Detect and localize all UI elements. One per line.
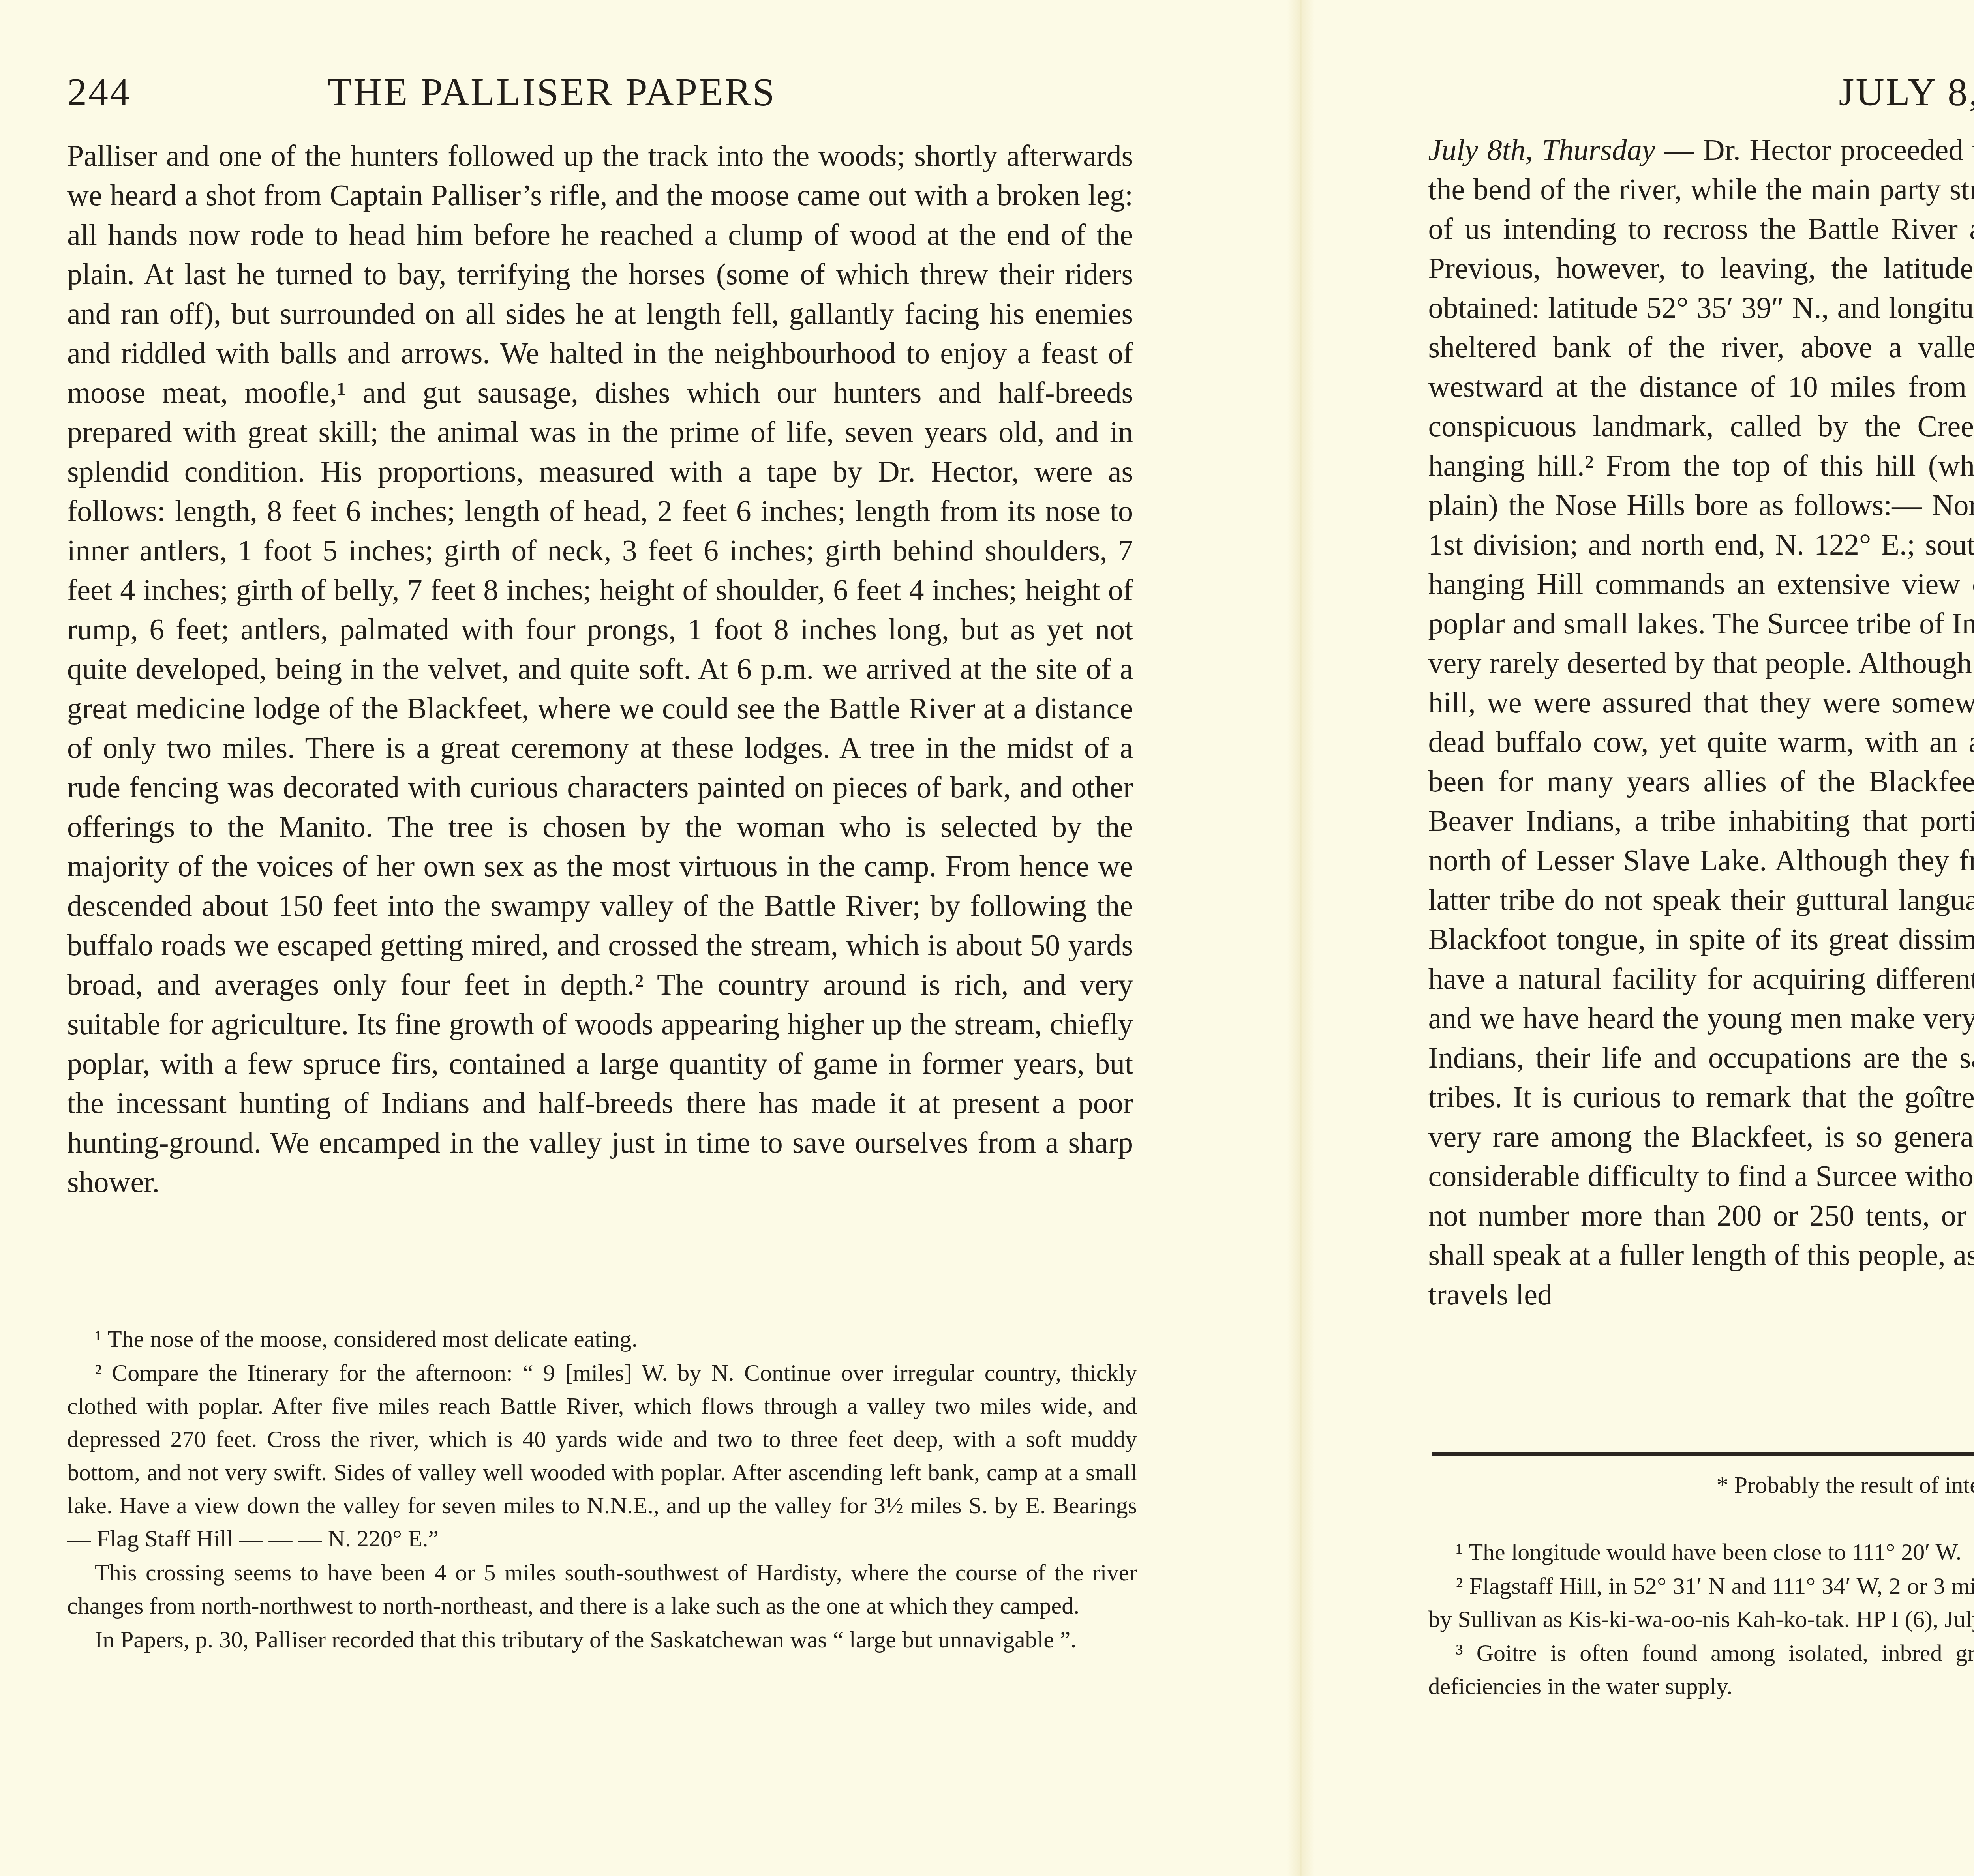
body-paragraph-text: — Dr. Hector proceeded with two men and … (1428, 133, 1974, 1311)
footnote-2: ² Compare the Itinerary for the afternoo… (67, 1356, 1137, 1555)
page-number: 244 (67, 69, 131, 114)
date-lead: July 8th, Thursday (1428, 133, 1655, 167)
footnote-3: ³ Goitre is often found among isolated, … (1428, 1636, 1974, 1703)
right-page: JULY 8, 1858 245 July 8th, Thursday — Dr… (1302, 0, 1974, 1876)
left-page: 244 THE PALLISER PAPERS Palliser and one… (0, 0, 1302, 1876)
footnote-1: ¹ The longitude would have been close to… (1428, 1535, 1974, 1569)
body-text: July 8th, Thursday — Dr. Hector proceede… (1428, 130, 1974, 1314)
footnote-note-papers: In Papers, p. 30, Palliser recorded that… (67, 1623, 1137, 1656)
body-text: Palliser and one of the hunters followed… (67, 136, 1133, 1202)
book-spread: 244 THE PALLISER PAPERS Palliser and one… (0, 0, 1974, 1876)
footnote-2: ² Flagstaff Hill, in 52° 31′ N and 111° … (1428, 1569, 1974, 1636)
running-head: THE PALLISER PAPERS (328, 69, 776, 114)
body-paragraph: Palliser and one of the hunters followed… (67, 136, 1133, 1202)
star-footnote: * Probably the result of intermarriage w… (1428, 1468, 1974, 1501)
book-gutter (1287, 0, 1315, 1876)
footnote-1: ¹ The nose of the moose, considered most… (67, 1322, 1137, 1355)
footnote-divider (1432, 1452, 1974, 1456)
running-head: JULY 8, 1858 (1839, 69, 1974, 114)
footnote-note-crossing: This crossing seems to have been 4 or 5 … (67, 1556, 1137, 1622)
body-paragraph: July 8th, Thursday — Dr. Hector proceede… (1428, 130, 1974, 1314)
footnotes: ¹ The nose of the moose, considered most… (67, 1322, 1137, 1657)
footnotes: ¹ The longitude would have been close to… (1428, 1535, 1974, 1704)
